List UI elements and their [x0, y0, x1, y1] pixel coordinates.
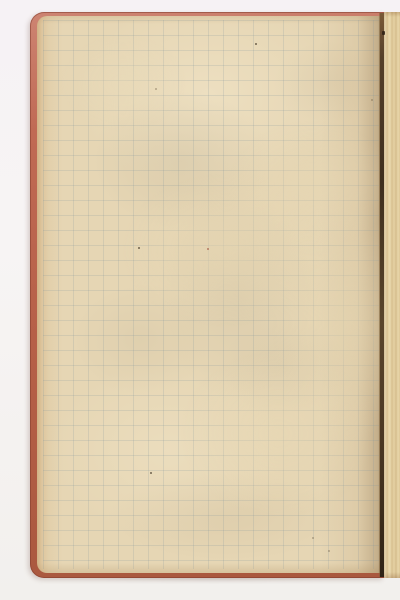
paper-speck: [328, 550, 330, 552]
page-fore-edge-strip: [384, 12, 400, 578]
paper-speck: [255, 43, 257, 45]
paper-aging-haze: [37, 16, 381, 573]
paper-speck: [150, 472, 152, 474]
edge-strip-nick: [382, 31, 385, 35]
paper-speck: [207, 248, 209, 250]
scanner-background: [0, 0, 400, 600]
notebook-page: [37, 16, 381, 573]
paper-speck: [371, 99, 373, 101]
paper-speck: [155, 88, 157, 90]
paper-speck: [312, 537, 314, 539]
paper-speck: [138, 247, 140, 249]
